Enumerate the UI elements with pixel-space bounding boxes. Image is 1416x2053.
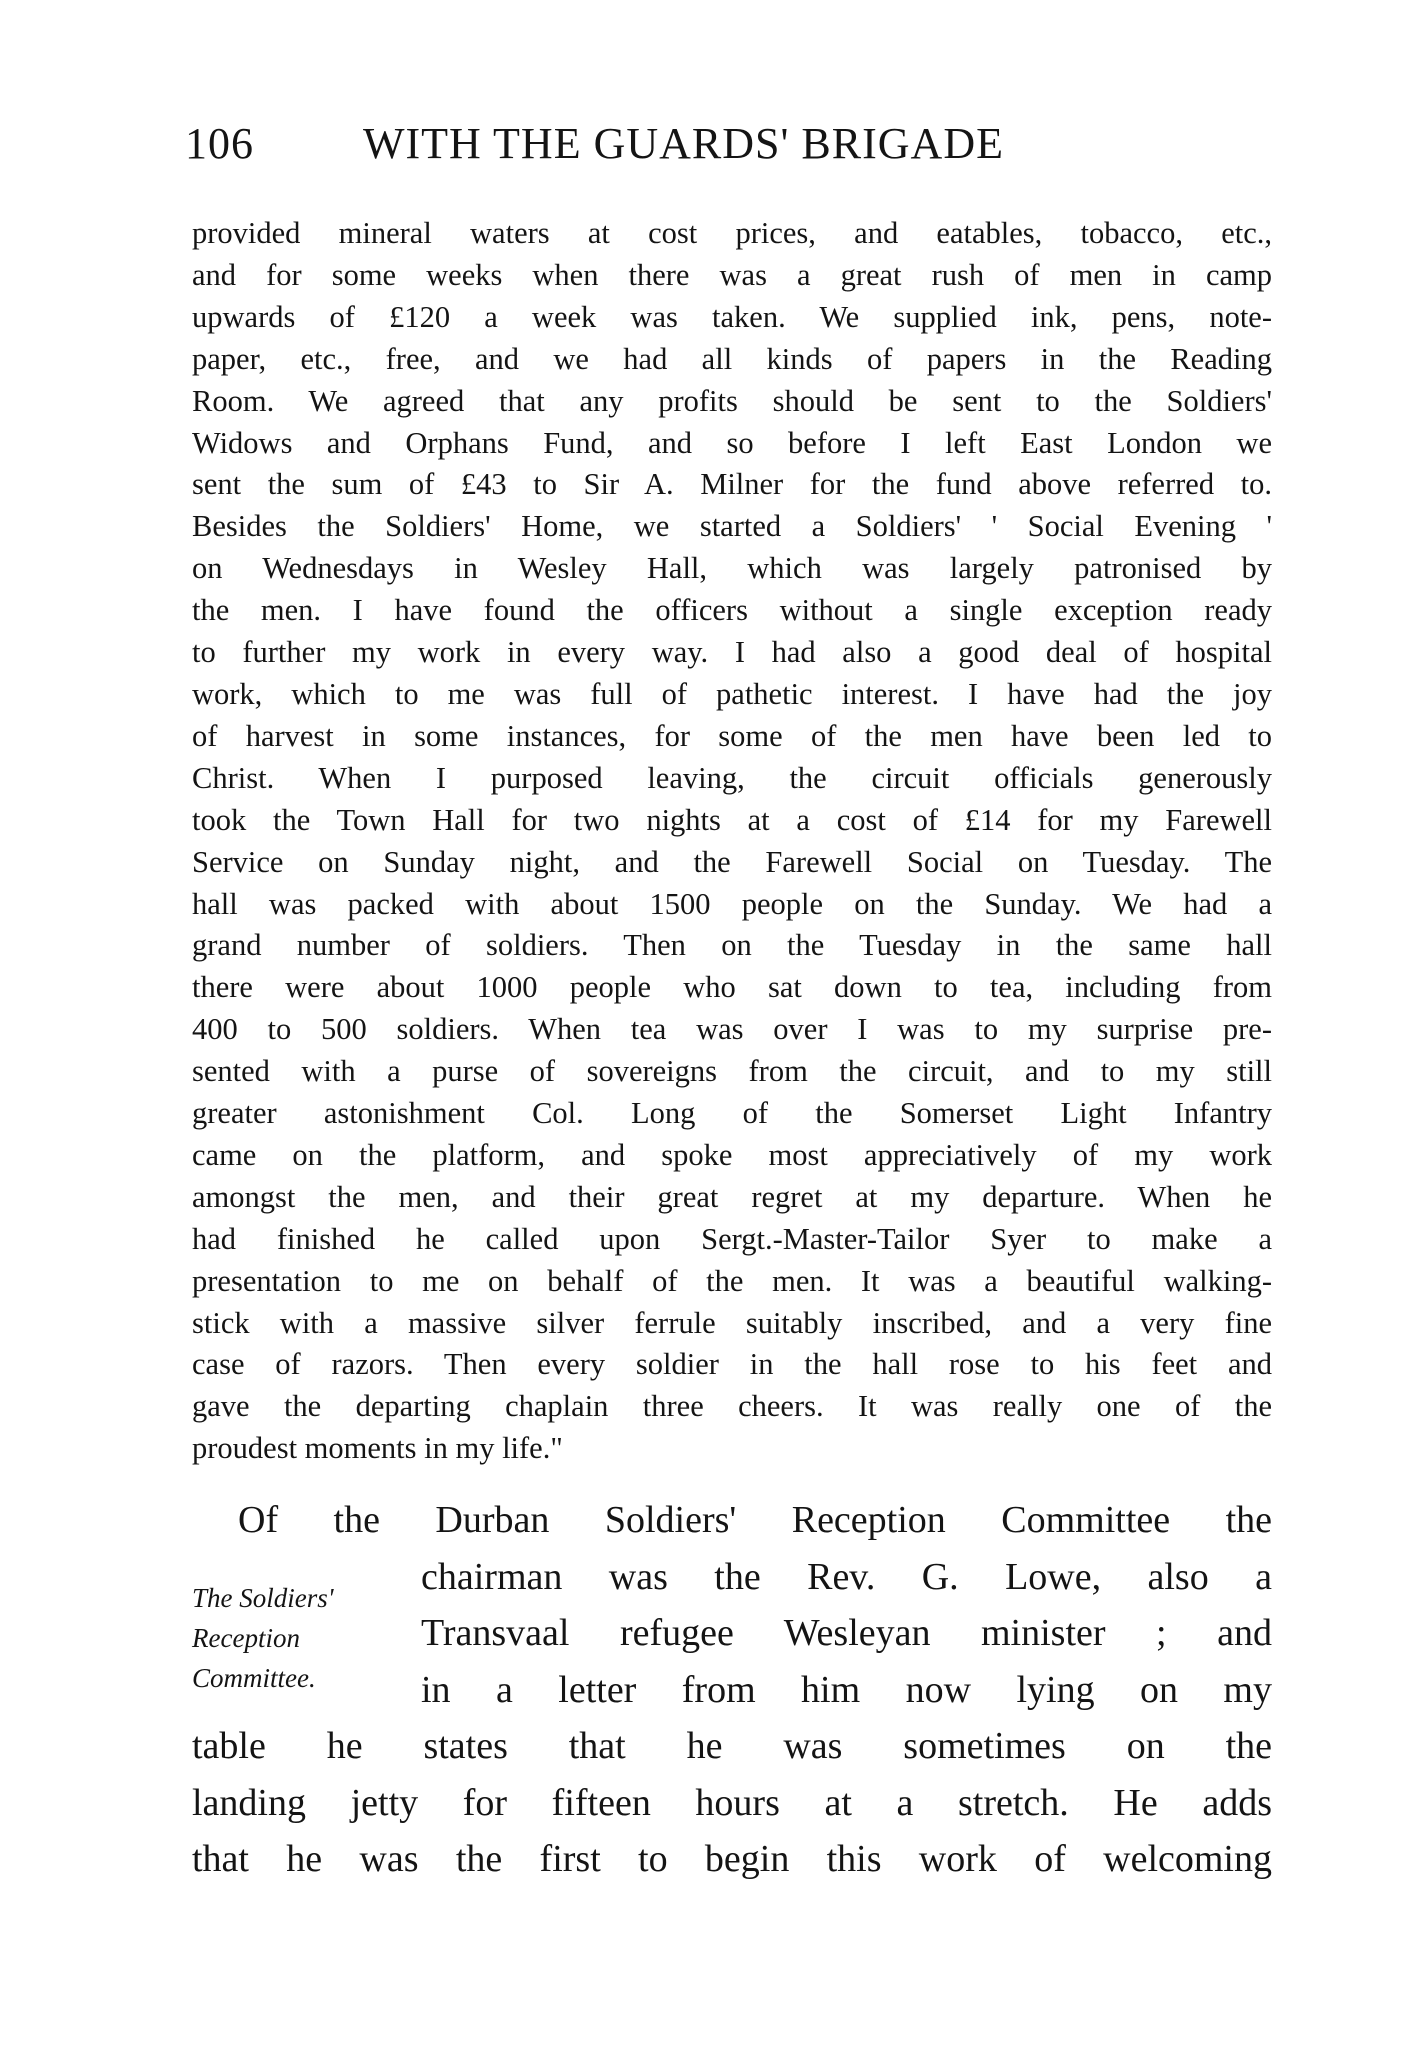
text-line: there were about 1000 people who sat dow… [192,967,1272,1009]
text-line: stick with a massive silver ferrule suit… [192,1303,1272,1345]
text-line: case of razors. Then every soldier in th… [192,1344,1272,1386]
text-line: Service on Sunday night, and the Farewel… [192,842,1272,884]
running-title: WITH THE GUARDS' BRIGADE [363,118,1004,169]
text-line: presentation to me on behalf of the men.… [192,1261,1272,1303]
text-line: of harvest in some instances, for some o… [192,716,1272,758]
text-line: to further my work in every way. I had a… [192,632,1272,674]
text-line: hall was packed with about 1500 people o… [192,884,1272,926]
text-line: Room. We agreed that any profits should … [192,381,1272,423]
text-line: took the Town Hall for two nights at a c… [192,800,1272,842]
text-line: on Wednesdays in Wesley Hall, which was … [192,548,1272,590]
text-line: work, which to me was full of pathetic i… [192,674,1272,716]
text-line: in a letter from him now lying on my [421,1662,1272,1719]
text-line: provided mineral waters at cost prices, … [192,213,1272,255]
text-line: Christ. When I purposed leaving, the cir… [192,758,1272,800]
running-head: 106 WITH THE GUARDS' BRIGADE [185,118,1135,178]
text-line: that he was the first to begin this work… [192,1831,1272,1888]
text-line: landing jetty for fifteen hours at a str… [192,1775,1272,1832]
text-line: gave the departing chaplain three cheers… [192,1386,1272,1428]
quoted-letter: provided mineral waters at cost prices, … [192,213,1272,1470]
page-number: 106 [185,118,254,169]
text-line: greater astonishment Col. Long of the So… [192,1093,1272,1135]
text-line: proudest moments in my life." [192,1428,1272,1470]
text-line: Of the Durban Soldiers' Reception Commit… [192,1492,1272,1549]
text-line: the men. I have found the officers witho… [192,590,1272,632]
text-line: amongst the men, and their great regret … [192,1177,1272,1219]
text-line: Besides the Soldiers' Home, we started a… [192,506,1272,548]
text-line: paper, etc., free, and we had all kinds … [192,339,1272,381]
text-line: Widows and Orphans Fund, and so before I… [192,423,1272,465]
text-line: sent the sum of £43 to Sir A. Milner for… [192,464,1272,506]
text-line: Transvaal refugee Wesleyan minister ; an… [421,1605,1272,1662]
text-line: sented with a purse of sovereigns from t… [192,1051,1272,1093]
body-paragraph: Of the Durban Soldiers' Reception Commit… [192,1492,1272,1888]
text-line: came on the platform, and spoke most app… [192,1135,1272,1177]
text-line: table he states that he was sometimes on… [192,1718,1272,1775]
text-line: 400 to 500 soldiers. When tea was over I… [192,1009,1272,1051]
book-page: 106 WITH THE GUARDS' BRIGADE provided mi… [0,0,1416,2053]
text-line: grand number of soldiers. Then on the Tu… [192,925,1272,967]
text-line: had finished he called upon Sergt.-Maste… [192,1219,1272,1261]
text-line: and for some weeks when there was a grea… [192,255,1272,297]
text-line: chairman was the Rev. G. Lowe, also a [421,1549,1272,1606]
text-line: upwards of £120 a week was taken. We sup… [192,297,1272,339]
